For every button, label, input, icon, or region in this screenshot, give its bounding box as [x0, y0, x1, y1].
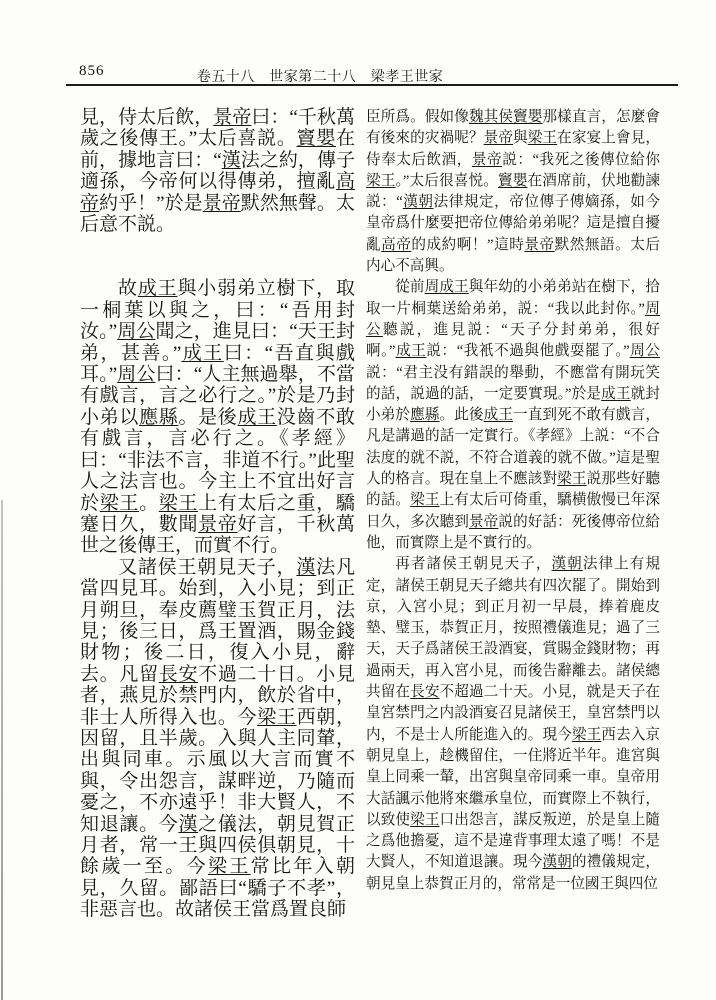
text-run: 再者諸侯王朝見天子， [395, 556, 551, 572]
book-page: 856 卷五十八 世家第二十八 梁孝王世家 見，侍太后飲，景帝曰：“千秋萬歲之後… [0, 0, 716, 1000]
text-run: 説：“我死之後傳位給你 [502, 152, 660, 168]
paragraph: 從前周成王與年幼的小弟弟站在樹下，拾取一片桐葉送給弟弟，説：“我以此封你。”周公… [366, 277, 660, 554]
proper-noun: 周公 [117, 321, 155, 342]
header-rule [66, 84, 678, 86]
proper-noun: 景帝 [213, 107, 251, 128]
proper-noun: 梁王 [557, 471, 586, 487]
proper-noun: 應縣 [139, 407, 178, 428]
text-run: 約乎！”於是 [99, 193, 203, 214]
proper-noun: 景帝 [524, 237, 554, 253]
proper-noun: 梁王 [100, 493, 139, 514]
text-run: 。 [139, 493, 159, 514]
proper-noun: 漢朝 [552, 556, 583, 572]
text-run: 故 [118, 278, 138, 299]
proper-noun: 竇嬰 [498, 173, 527, 189]
proper-noun: 長安 [159, 664, 198, 685]
classical-text-column: 見，侍太后飲，景帝曰：“千秋萬歲之後傳王。”太后喜説。竇嬰在前，據地言曰：“漢法… [80, 107, 355, 921]
proper-noun: 成王 [396, 343, 427, 359]
text-run: 法律上有規定，諸侯王朝見天子總共有四次罷了。開始到京，入宮小見；到正月初一早晨，… [366, 556, 660, 700]
paragraph: 再者諸侯王朝見天子，漢朝法律上有規定，諸侯王朝見天子總共有四次罷了。開始到京，入… [366, 554, 660, 895]
paragraph: 臣所爲。假如像魏其侯竇嬰那樣直言，怎麼會有後來的灾禍呢？景帝與梁王在家宴上會見，… [366, 107, 660, 277]
proper-noun: 周成王 [425, 279, 469, 295]
proper-noun: 漢 [222, 150, 241, 171]
page-number: 856 [79, 63, 105, 80]
paragraph: 見，侍太后飲，景帝曰：“千秋萬歲之後傳王。”太后喜説。竇嬰在前，據地言曰：“漢法… [80, 107, 355, 235]
proper-noun: 漢朝 [542, 854, 571, 870]
text-run: 説：“我衹不過與他戲耍罷了。” [426, 343, 629, 359]
proper-noun: 景帝 [469, 514, 498, 530]
text-run: 見，侍太后飲， [80, 107, 213, 128]
proper-noun: 成王 [484, 407, 513, 423]
paragraph: 故成王與小弱弟立樹下，取一桐葉以與之，曰：“吾用封汝。”周公聞之，進見曰：“天王… [80, 278, 355, 556]
proper-noun: 成王 [138, 278, 178, 299]
proper-noun: 梁王 [410, 492, 439, 508]
proper-noun: 景帝 [203, 193, 241, 214]
text-run: 的成約啊！”這時 [411, 237, 524, 253]
proper-noun: 景帝 [198, 514, 237, 535]
proper-noun: 梁王 [572, 727, 601, 743]
text-run: 。”太后很喜悦。 [395, 173, 498, 189]
proper-noun: 漢朝 [403, 194, 434, 210]
proper-noun: 梁王 [366, 173, 395, 189]
running-header-title: 卷五十八 世家第二十八 梁孝王世家 [197, 66, 444, 86]
proper-noun: 梁王 [528, 130, 557, 146]
proper-noun: 漢 [178, 814, 198, 835]
proper-noun: 成王 [238, 407, 277, 428]
proper-noun: 梁王 [410, 812, 439, 828]
proper-noun: 景帝 [472, 152, 502, 168]
paragraph: 又諸侯王朝見天子，漢法凡當四見耳。始到，入小見；到正月朔旦，奉皮薦璧玉賀正月，法… [80, 557, 355, 921]
text-run: 。此後 [440, 407, 484, 423]
proper-noun: 梁王 [159, 493, 198, 514]
proper-noun: 竇嬰 [297, 128, 336, 149]
text-run: 臣所爲。假如像 [366, 109, 469, 125]
translation-column: 臣所爲。假如像魏其侯竇嬰那樣直言，怎麼會有後來的灾禍呢？景帝與梁王在家宴上會見，… [366, 107, 660, 895]
proper-noun: 成王 [181, 343, 223, 364]
proper-noun: 魏其侯竇嬰 [469, 109, 543, 125]
proper-noun: 景帝 [484, 130, 513, 146]
proper-noun: 應縣 [410, 407, 439, 423]
proper-noun: 梁王 [208, 856, 251, 877]
proper-noun: 漢 [296, 557, 316, 578]
proper-noun: 周公 [630, 343, 660, 359]
scan-edge-artifact [1, 500, 3, 1000]
text-run: 從前 [395, 279, 424, 295]
text-run: 又諸侯王朝見天子， [118, 557, 296, 578]
proper-noun: 高帝 [381, 237, 411, 253]
proper-noun: 長安 [410, 684, 439, 700]
proper-noun: 成王 [601, 386, 630, 402]
proper-noun: 周公 [117, 364, 155, 385]
text-run: 與 [513, 130, 528, 146]
text-run: 。是後 [178, 407, 237, 428]
proper-noun: 梁王 [257, 707, 296, 728]
